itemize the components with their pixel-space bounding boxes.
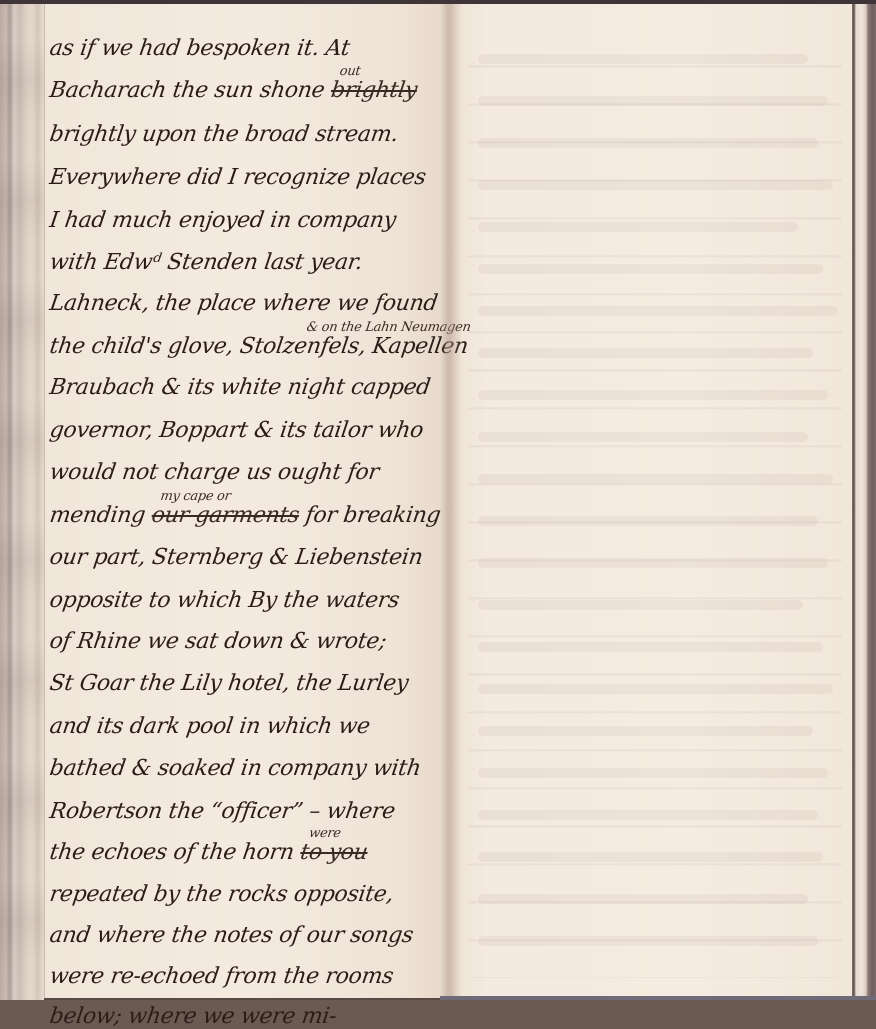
- manuscript-line: mending our garmentsmy cape or for break…: [48, 503, 442, 528]
- bleed-through: [478, 810, 818, 820]
- open-notebook: as if we had bespoken it. AtBacharach th…: [0, 0, 876, 1000]
- bleed-through: [478, 642, 823, 652]
- line-text: and its dark pool in which we: [48, 714, 372, 739]
- bleed-through: [478, 936, 818, 946]
- bleed-through: [478, 516, 818, 526]
- interlinear-insertion: were: [308, 826, 342, 841]
- bleed-through: [478, 138, 818, 148]
- manuscript-line: repeated by the rocks opposite,: [48, 882, 395, 907]
- ruled-lines: [468, 30, 842, 978]
- line-text: Robertson the “officer” – where: [48, 799, 397, 824]
- manuscript-line: brightly upon the broad stream.: [48, 122, 400, 147]
- bleed-through: [478, 474, 833, 484]
- line-text: and where the notes of our songs: [48, 923, 415, 948]
- bleed-through: [478, 348, 813, 358]
- line-text-continued: for breaking: [297, 503, 442, 528]
- bleed-through: [478, 264, 823, 274]
- bleed-through: [478, 684, 833, 694]
- line-text: as if we had bespoken it. At: [48, 36, 351, 61]
- line-text: our part, Sternberg & Liebenstein: [48, 545, 424, 570]
- manuscript-line: I had much enjoyed in company: [48, 208, 398, 233]
- line-text: governor, Boppart & its tailor who: [48, 418, 425, 443]
- line-text: would not charge us ought for: [48, 460, 380, 485]
- bleed-through: [478, 432, 808, 442]
- manuscript-line: as if we had bespoken it. At: [48, 36, 351, 61]
- line-text: Lahneck, the place where we found: [48, 291, 439, 316]
- line-text: of Rhine we sat down & wrote;: [48, 629, 388, 654]
- right-page: [448, 2, 852, 998]
- manuscript-line: would not charge us ought for: [48, 460, 380, 485]
- line-text: with Edwᵈ Stenden last year.: [48, 250, 364, 275]
- manuscript-line: were re-echoed from the rooms: [48, 964, 395, 989]
- line-text: bathed & soaked in company with: [48, 756, 422, 781]
- struck-through-text: to you: [299, 840, 370, 865]
- manuscript-line: Braubach & its white night capped: [48, 375, 432, 400]
- bleed-through: [478, 558, 828, 568]
- line-text: Everywhere did I recognize places: [48, 165, 427, 190]
- bleed-through: [478, 390, 828, 400]
- manuscript-line: Everywhere did I recognize places: [48, 165, 427, 190]
- struck-through-text: our garments: [150, 503, 301, 528]
- bleed-through: [478, 96, 828, 106]
- line-text: brightly upon the broad stream.: [48, 122, 400, 147]
- manuscript-line: and where the notes of our songs: [48, 923, 415, 948]
- bottom-shadow: [440, 996, 876, 1000]
- line-text: Bacharach the sun shone: [48, 78, 326, 103]
- manuscript-line: governor, Boppart & its tailor who: [48, 418, 425, 443]
- manuscript-line: St Goar the Lily hotel, the Lurley: [48, 671, 410, 696]
- line-text: Braubach & its white night capped: [48, 375, 432, 400]
- manuscript-line: with Edwᵈ Stenden last year.: [48, 250, 364, 275]
- manuscript-line: and its dark pool in which we: [48, 714, 372, 739]
- top-shadow: [0, 0, 876, 4]
- bleed-through: [478, 894, 808, 904]
- manuscript-line: Lahneck, the place where we found: [48, 291, 439, 316]
- line-text: mending: [48, 503, 147, 528]
- line-text: opposite to which By the waters: [48, 588, 401, 613]
- right-page-edges: [852, 0, 876, 1000]
- interlinear-insertion: my cape or: [159, 489, 231, 504]
- manuscript-line: opposite to which By the waters: [48, 588, 401, 613]
- manuscript-line: Bacharach the sun shone brightlyout: [48, 78, 419, 103]
- manuscript-line: Robertson the “officer” – where: [48, 799, 397, 824]
- manuscript-line: our part, Sternberg & Liebenstein: [48, 545, 424, 570]
- manuscript-line: bathed & soaked in company with: [48, 756, 422, 781]
- manuscript-line: the child's glove, Stolzenfels, Kapellen…: [48, 334, 470, 359]
- line-text: the echoes of the horn: [48, 840, 295, 865]
- left-page-edges: [0, 0, 44, 1000]
- manuscript-line: the echoes of the horn to youwere: [48, 840, 369, 865]
- line-text: St Goar the Lily hotel, the Lurley: [48, 671, 410, 696]
- manuscript-line: of Rhine we sat down & wrote;: [48, 629, 388, 654]
- bleed-through: [478, 726, 813, 736]
- bleed-through: [478, 180, 833, 190]
- struck-through-text: brightly: [329, 78, 418, 103]
- bleed-through: [478, 306, 838, 316]
- line-text: repeated by the rocks opposite,: [48, 882, 395, 907]
- line-text: the child's glove, Stolzenfels, Kapellen: [48, 334, 470, 359]
- interlinear-insertion: out: [339, 64, 362, 79]
- interlinear-insertion: & on the Lahn Neumagen: [306, 320, 472, 335]
- bleed-through: [478, 222, 798, 232]
- bleed-through: [478, 600, 803, 610]
- line-text: I had much enjoyed in company: [48, 208, 398, 233]
- bleed-through: [478, 54, 808, 64]
- bleed-through: [478, 768, 828, 778]
- bleed-through: [478, 852, 823, 862]
- line-text: were re-echoed from the rooms: [48, 964, 395, 989]
